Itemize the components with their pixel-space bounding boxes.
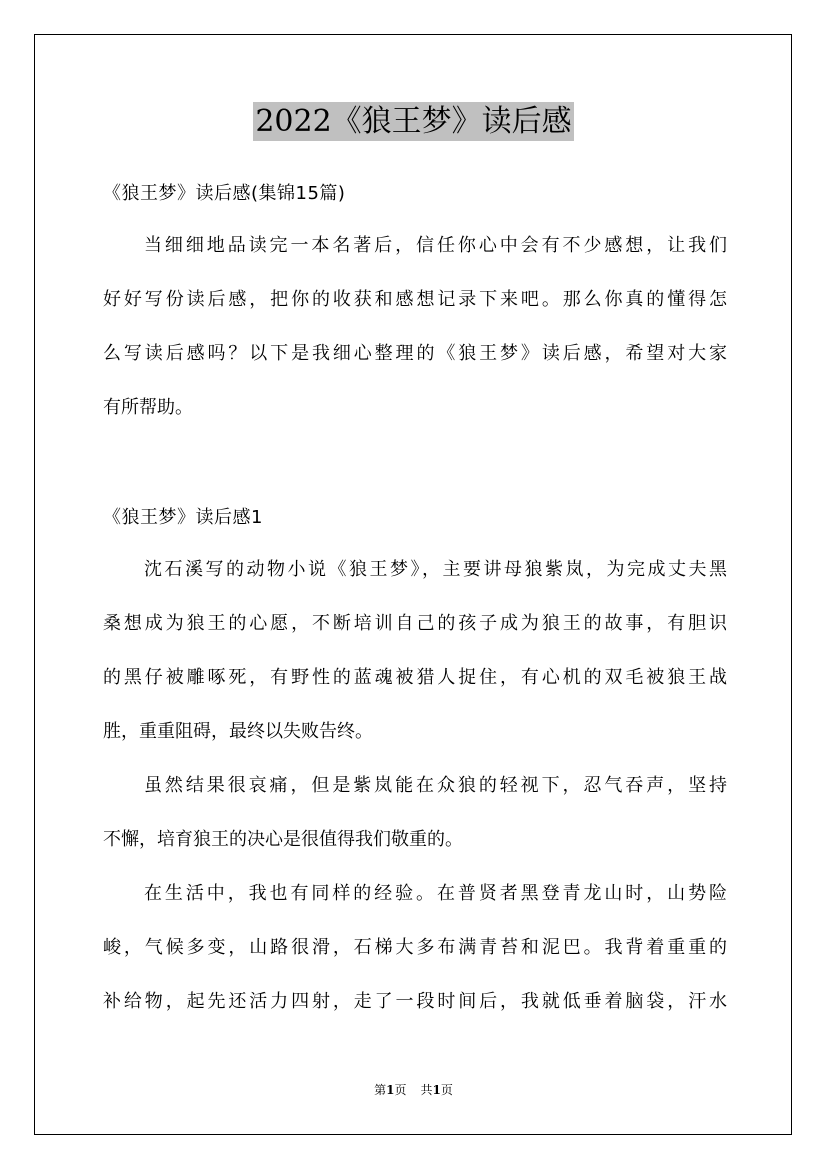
paragraph-2: 虽然结果很哀痛，但是紫岚能在众狼的轻视下，忍气吞声，坚持 不懈，培育狼王的决心是… — [103, 759, 727, 867]
paragraph-1: 沈石溪写的动物小说《狼王梦》，主要讲母狼紫岚，为完成丈夫黑 桑想成为狼王的心愿，… — [103, 543, 727, 759]
paragraph-line: 桑想成为狼王的心愿，不断培训自己的孩子成为狼王的故事，有胆识 — [103, 597, 727, 651]
paragraph-3: 在生活中，我也有同样的经验。在普贤者黑登青龙山时，山势险 峻，气候多变，山路很滑… — [103, 867, 727, 1029]
paragraph-line: 么写读后感吗？以下是我细心整理的《狼王梦》读后感，希望对大家 — [103, 327, 727, 381]
paragraph-line: 不懈，培育狼王的决心是很值得我们敬重的。 — [103, 813, 727, 867]
paragraph-line: 峻，气候多变，山路很滑，石梯大多布满青苔和泥巴。我背着重重的 — [103, 921, 727, 975]
paragraph-line: 在生活中，我也有同样的经验。在普贤者黑登青龙山时，山势险 — [103, 867, 727, 921]
document-subtitle: 《狼王梦》读后感(集锦15篇) — [103, 176, 727, 212]
page-footer: 第1页共1页 — [0, 1082, 827, 1098]
paragraph-line: 好好写份读后感，把你的收获和感想记录下来吧。那么你真的懂得怎 — [103, 273, 727, 327]
intro-paragraph: 当细细地品读完一本名著后，信任你心中会有不少感想，让我们 好好写份读后感，把你的… — [103, 219, 727, 435]
document-title: 2022《狼王梦》读后感 — [253, 102, 573, 141]
paragraph-line: 沈石溪写的动物小说《狼王梦》，主要讲母狼紫岚，为完成丈夫黑 — [103, 543, 727, 597]
intro-section: 《狼王梦》读后感(集锦15篇) — [103, 176, 727, 212]
paragraph-line: 胜，重重阻碍，最终以失败告终。 — [103, 705, 727, 759]
paragraph-line: 有所帮助。 — [103, 381, 727, 435]
paragraph-line: 当细细地品读完一本名著后，信任你心中会有不少感想，让我们 — [103, 219, 727, 273]
paragraph-line: 的黑仔被雕啄死，有野性的蓝魂被猎人捉住，有心机的双毛被狼王战 — [103, 651, 727, 705]
page-total-label: 共1页 — [421, 1083, 453, 1097]
page-number-label: 第1页 — [374, 1083, 406, 1097]
title-container: 2022《狼王梦》读后感 — [0, 102, 827, 141]
paragraph-line: 补给物，起先还活力四射，走了一段时间后，我就低垂着脑袋，汗水 — [103, 975, 727, 1029]
paragraph-line: 虽然结果很哀痛，但是紫岚能在众狼的轻视下，忍气吞声，坚持 — [103, 759, 727, 813]
section-heading: 《狼王梦》读后感1 — [103, 500, 263, 536]
